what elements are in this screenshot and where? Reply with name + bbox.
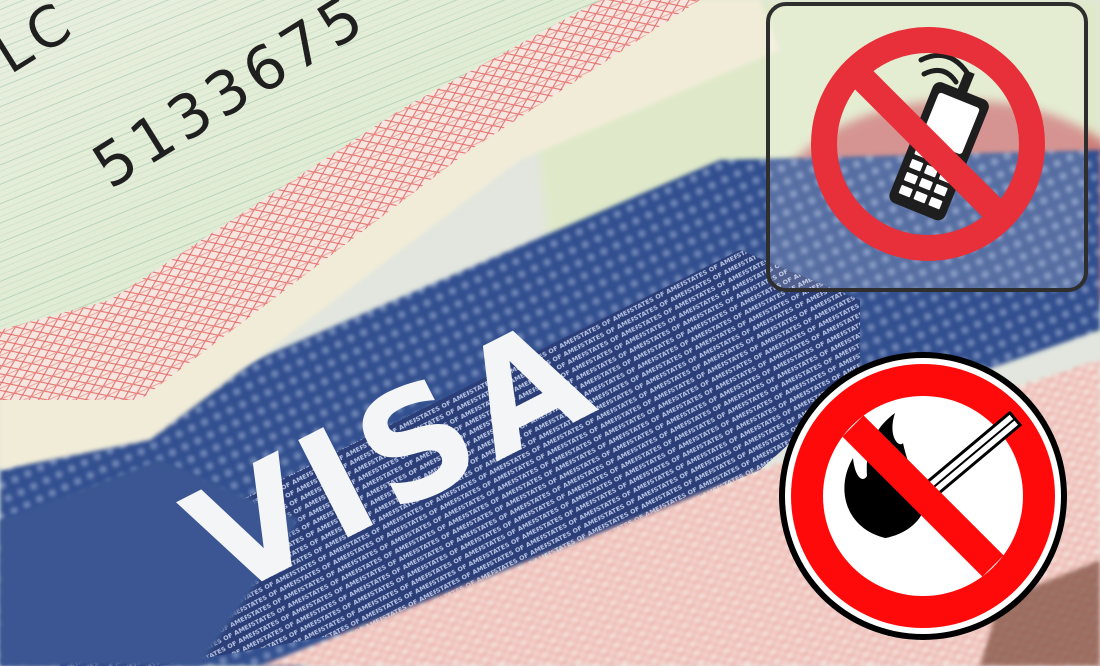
photo-scene: STATES OF AMERICA THE UNITED [0,0,1100,666]
no-open-flame-sign [775,348,1071,644]
no-mobile-phone-sign [766,2,1088,292]
